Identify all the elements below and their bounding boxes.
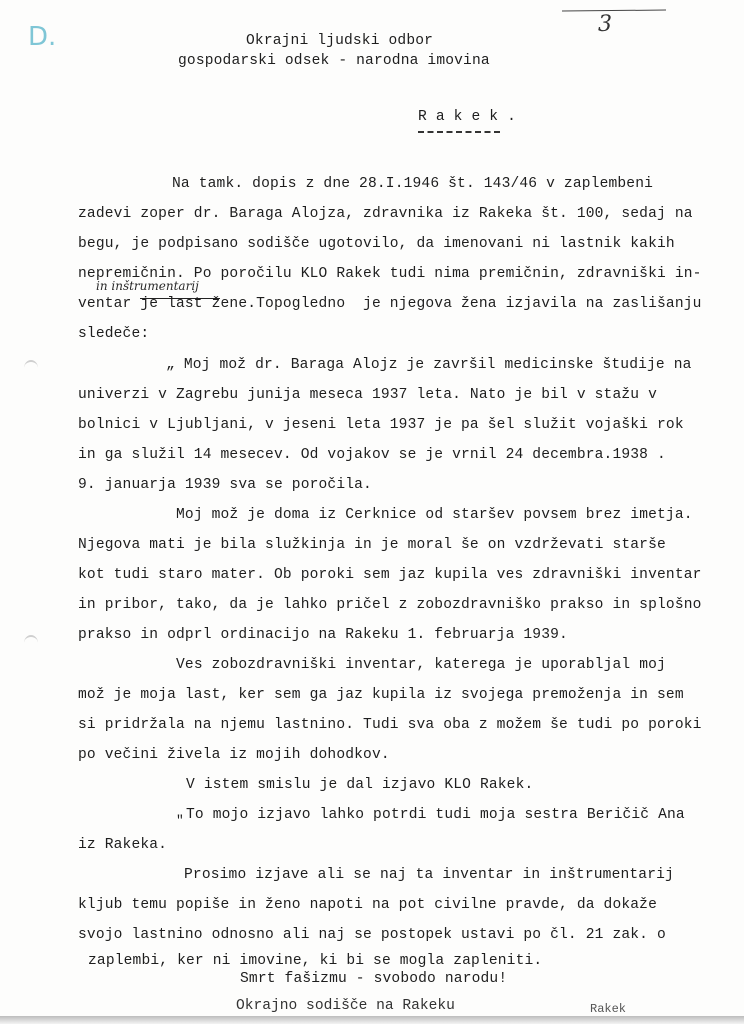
body-line: 9. januarja 1939 sva se poročila. bbox=[78, 476, 372, 494]
punch-hole-mark bbox=[24, 635, 38, 651]
body-line: po večini živela iz mojih dohodkov. bbox=[78, 746, 390, 764]
strikethrough bbox=[140, 298, 220, 299]
signature-line: Okrajno sodišče na Rakeku bbox=[236, 998, 455, 1014]
body-line: kot tudi staro mater. Ob poroki sem jaz … bbox=[78, 566, 702, 584]
body-line: Prosimo izjave ali se naj ta inventar in… bbox=[184, 866, 674, 884]
body-line: mož je moja last, ker sem ga jaz kupila … bbox=[78, 686, 684, 704]
signature-right: Rakek bbox=[590, 1002, 626, 1014]
body-line: kljub temu popiše in ženo napoti na pot … bbox=[78, 896, 657, 914]
body-line: Njegova mati je bila služkinja in je mor… bbox=[78, 536, 666, 554]
body-line: Moj mož je doma iz Cerknice od staršev p… bbox=[176, 506, 693, 524]
body-line: „ Moj mož dr. Baraga Alojz je završil me… bbox=[166, 356, 692, 374]
title-underline bbox=[418, 131, 500, 133]
body-line: zaplembi, ker ni imovine, ki bi se mogla… bbox=[88, 952, 542, 970]
body-line: bolnici v Ljubljani, v jeseni leta 1937 … bbox=[78, 416, 684, 434]
body-line: prakso in odprl ordinacijo na Rakeku 1. … bbox=[78, 626, 568, 644]
body-line: in ga služil 14 mesecev. Od vojakov se j… bbox=[78, 446, 666, 464]
slogan: Smrt fašizmu - svobodo narodu! bbox=[240, 970, 507, 988]
closing-quote: " bbox=[176, 812, 184, 830]
body-line: si pridržala na njemu lastnino. Tudi sva… bbox=[78, 716, 702, 734]
body-line: begu, je podpisano sodišče ugotovilo, da… bbox=[78, 235, 675, 253]
body-line: V istem smislu je dal izjavo KLO Rakek. bbox=[186, 776, 533, 794]
body-line: svojo lastnino odnosno ali naj se postop… bbox=[78, 926, 666, 944]
margin-mark: D. bbox=[28, 22, 56, 52]
body-line: iz Rakeka. bbox=[78, 836, 167, 854]
header-line-1: Okrajni ljudski odbor bbox=[246, 32, 433, 50]
scan-bottom-edge bbox=[0, 1016, 744, 1024]
header-line-2: gospodarski odsek - narodna imovina bbox=[178, 52, 490, 70]
body-line: in pribor, tako, da je lahko pričel z zo… bbox=[78, 596, 702, 614]
page-number-rule bbox=[562, 10, 666, 12]
document-title: R a k e k . bbox=[418, 108, 516, 126]
body-line: zadevi zoper dr. Baraga Alojza, zdravnik… bbox=[78, 205, 693, 223]
document-page: D. 3 Okrajni ljudski odbor gospodarski o… bbox=[0, 0, 744, 1024]
body-line: sledeče: bbox=[78, 325, 149, 343]
handwritten-insert: in inštrumentarij bbox=[96, 279, 199, 293]
punch-hole-mark bbox=[24, 360, 38, 376]
body-line: To mojo izjavo lahko potrdi tudi moja se… bbox=[186, 806, 685, 824]
body-line: Na tamk. dopis z dne 28.I.1946 št. 143/4… bbox=[172, 175, 653, 193]
body-line: univerzi v Zagrebu junija meseca 1937 le… bbox=[78, 386, 657, 404]
body-line: Ves zobozdravniški inventar, katerega je… bbox=[176, 656, 666, 674]
page-number: 3 bbox=[598, 12, 612, 37]
